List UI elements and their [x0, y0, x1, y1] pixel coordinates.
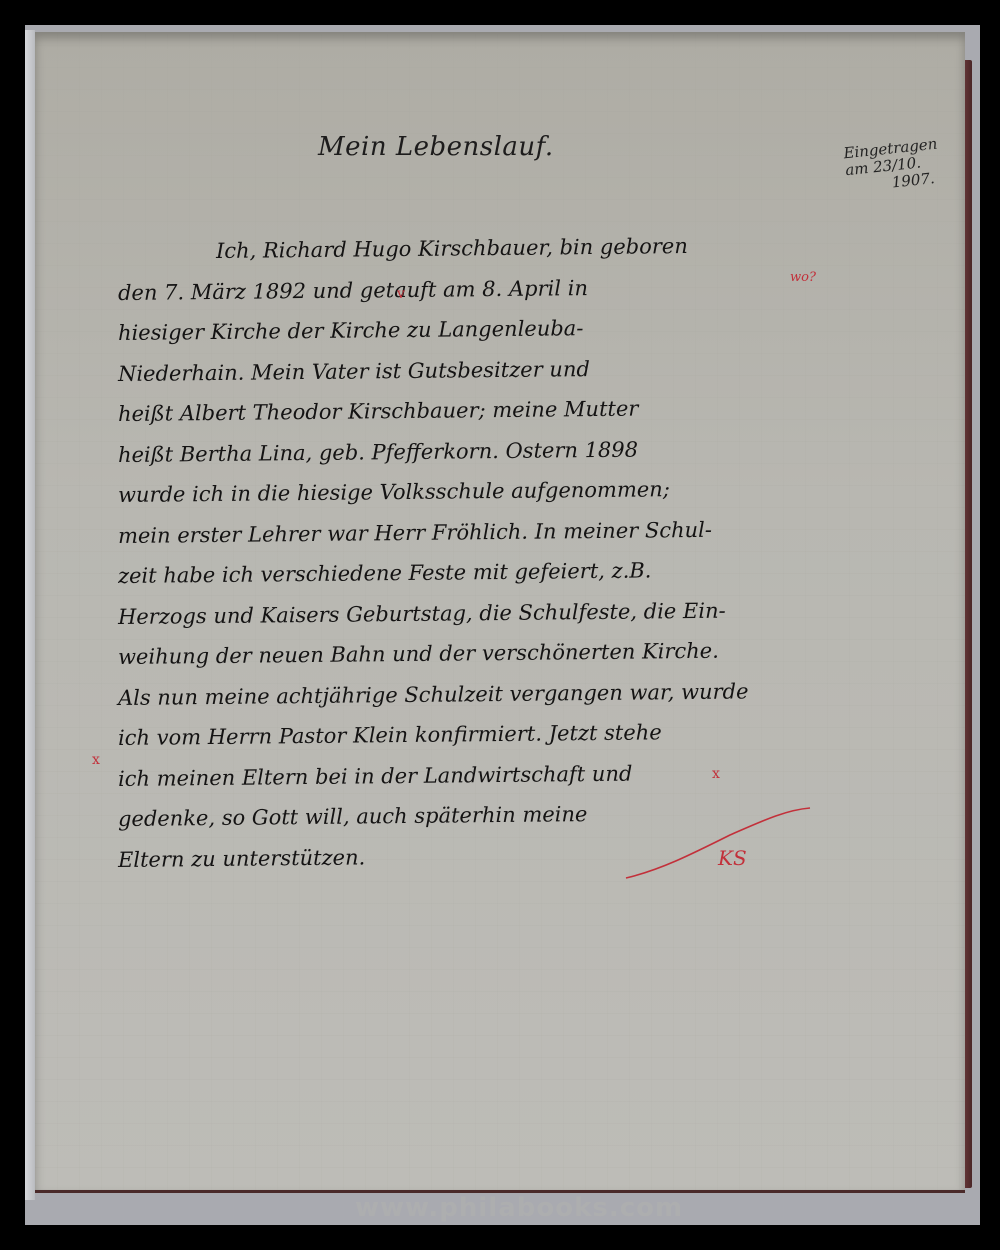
watermark: www.philabooks.com [355, 1193, 683, 1223]
body-line: wurde ich in die hiesige Volksschule auf… [118, 467, 838, 515]
red-insert-mark: x [712, 766, 720, 782]
body-line: weihung der neuen Bahn und der verschöne… [118, 629, 838, 677]
body-line: Ich, Richard Hugo Kirschbauer, bin gebor… [118, 224, 838, 272]
document-body: Ich, Richard Hugo Kirschbauer, bin gebor… [118, 232, 838, 880]
body-line: hiesiger Kirche der Kirche zu Langenleub… [118, 305, 838, 353]
red-margin-query: wo? [790, 270, 816, 285]
red-insert-mark: v [397, 286, 405, 302]
red-teacher-initials: KS [718, 846, 747, 870]
body-line: heißt Albert Theodor Kirschbauer; meine … [118, 386, 838, 434]
red-insert-mark: x [92, 752, 100, 768]
book-cover-left-edge [25, 30, 35, 1200]
document-title: Mein Lebenslauf. [318, 132, 554, 162]
body-line: ich vom Herrn Pastor Klein konfirmiert. … [118, 710, 838, 758]
red-closing-stroke [620, 800, 820, 890]
body-line: zeit habe ich verschiedene Feste mit gef… [118, 548, 838, 596]
